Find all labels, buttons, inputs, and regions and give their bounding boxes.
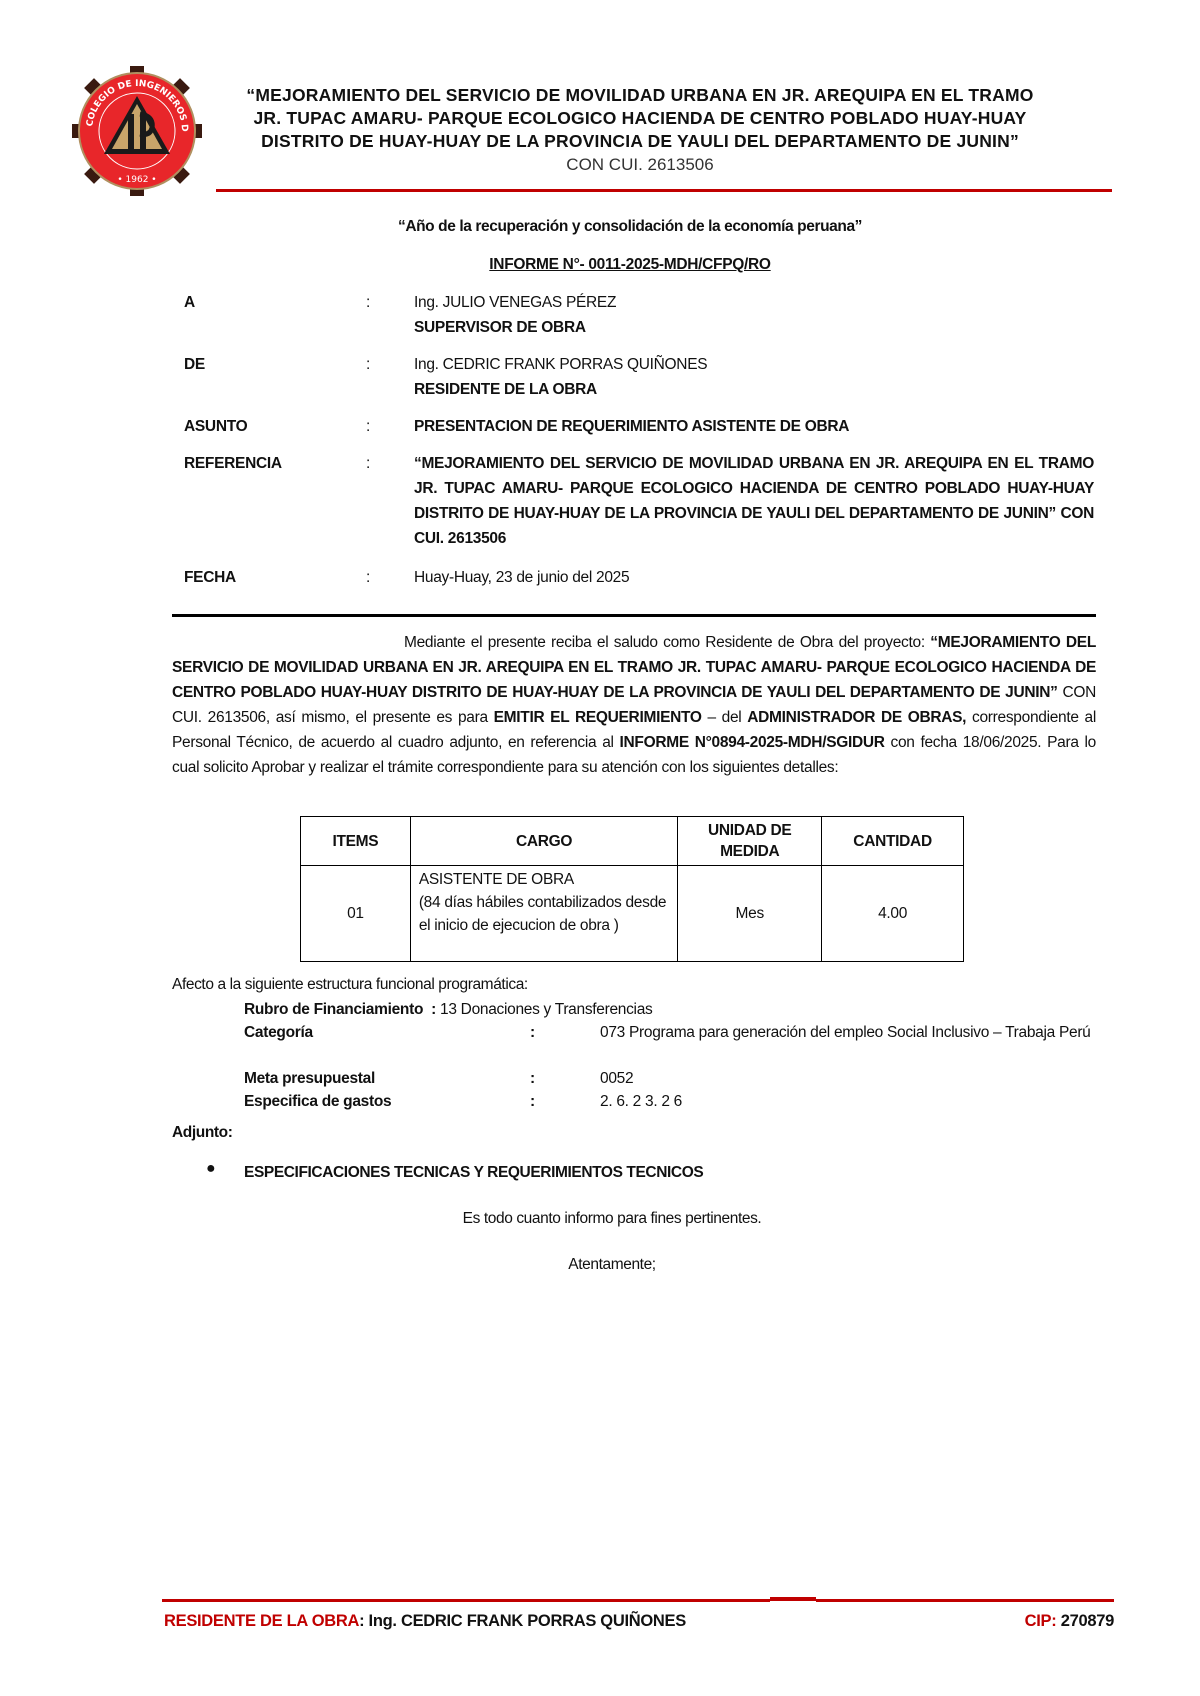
sender-role: RESIDENTE DE LA OBRA xyxy=(414,377,1094,402)
col-cargo: CARGO xyxy=(410,817,678,866)
header-divider xyxy=(216,189,1112,192)
cell-item: 01 xyxy=(301,866,411,962)
project-title-line-1: “MEJORAMIENTO DEL SERVICIO DE MOVILIDAD … xyxy=(190,84,1090,107)
sender-name: Ing. CEDRIC FRANK PORRAS QUIÑONES xyxy=(414,352,1094,377)
cell-unidad: Mes xyxy=(678,866,822,962)
body-text: Mediante el presente reciba el saludo co… xyxy=(404,634,925,651)
meta-presupuestal-colon: : xyxy=(530,1067,535,1090)
especifica-label: Especifica de gastos xyxy=(244,1090,391,1113)
project-title-line-2: JR. TUPAC AMARU- PARQUE ECOLOGICO HACIEN… xyxy=(190,107,1090,130)
cell-cargo: ASISTENTE DE OBRA (84 días hábiles conta… xyxy=(410,866,678,962)
footer-divider xyxy=(162,1599,770,1602)
especifica-value: 2. 6. 2 3. 2 6 xyxy=(600,1090,1094,1113)
date-value: Huay-Huay, 23 de junio del 2025 xyxy=(414,565,1094,590)
footer-divider xyxy=(816,1599,1114,1602)
rubro-label: Rubro de Financiamiento xyxy=(244,1001,423,1018)
project-cui: CON CUI. 2613506 xyxy=(190,155,1090,175)
especifica-colon: : xyxy=(530,1090,535,1113)
reference-value: “MEJORAMIENTO DEL SERVICIO DE MOVILIDAD … xyxy=(414,451,1094,551)
categoria-value: 073 Programa para generación del empleo … xyxy=(600,1021,1094,1044)
footer-role-label: RESIDENTE DE LA OBRA xyxy=(164,1612,359,1630)
body-referenced-informe: INFORME N°0894-2025-MDH/SGIDUR xyxy=(620,734,885,751)
cell-cantidad: 4.00 xyxy=(822,866,964,962)
col-items: ITEMS xyxy=(301,817,411,866)
body-emphasis: EMITIR EL REQUERIMIENTO xyxy=(494,709,702,726)
categoria-colon: : xyxy=(530,1021,535,1044)
meta-colon: : xyxy=(366,352,370,377)
meta-presupuestal-value: 0052 xyxy=(600,1067,1094,1090)
attachment-label: Adjunto: xyxy=(172,1124,233,1142)
body-divider xyxy=(172,614,1096,617)
col-unidad: UNIDAD DE MEDIDA xyxy=(678,817,822,866)
informe-number: INFORME N°- 0011-2025-MDH/CFPQ/RO xyxy=(160,256,1100,274)
body-paragraph: Mediante el presente reciba el saludo co… xyxy=(172,630,1096,780)
footer-cip-value: 270879 xyxy=(1056,1612,1114,1630)
footer-resident-name: : Ing. CEDRIC FRANK PORRAS QUIÑONES xyxy=(359,1612,686,1630)
funding-intro: Afecto a la siguiente estructura funcion… xyxy=(172,976,528,994)
meta-colon: : xyxy=(366,290,370,315)
cargo-title: ASISTENTE DE OBRA xyxy=(419,868,677,891)
footer-divider-accent xyxy=(770,1597,816,1601)
cip-logo-icon: COLEGIO DE INGENIEROS DEL PERU • 1962 • xyxy=(72,66,202,196)
requirement-table: ITEMS CARGO UNIDAD DE MEDIDA CANTIDAD 01… xyxy=(300,816,964,962)
meta-label-de: DE xyxy=(184,352,205,377)
categoria-label: Categoría xyxy=(244,1021,313,1044)
closing-line: Es todo cuanto informo para fines pertin… xyxy=(160,1210,1064,1228)
meta-label-a: A xyxy=(184,290,195,315)
footer-cip-label: CIP: xyxy=(1025,1612,1057,1630)
body-text: , así mismo, el presente es para xyxy=(266,709,494,726)
meta-label-asunto: ASUNTO xyxy=(184,414,247,439)
recipient-name: Ing. JULIO VENEGAS PÉREZ xyxy=(414,290,1094,315)
meta-label-referencia: REFERENCIA xyxy=(184,451,282,476)
svg-text:• 1962 •: • 1962 • xyxy=(117,175,156,185)
table-header-row: ITEMS CARGO UNIDAD DE MEDIDA CANTIDAD xyxy=(301,817,964,866)
table-row: 01 ASISTENTE DE OBRA (84 días hábiles co… xyxy=(301,866,964,962)
project-title-line-3: DISTRITO DE HUAY-HUAY DE LA PROVINCIA DE… xyxy=(190,130,1090,153)
meta-presupuestal-label: Meta presupuestal xyxy=(244,1067,375,1090)
body-emphasis: ADMINISTRADOR DE OBRAS, xyxy=(747,709,966,726)
rubro-value: 13 Donaciones y Transferencias xyxy=(440,1001,652,1018)
meta-label-fecha: FECHA xyxy=(184,565,236,590)
col-cantidad: CANTIDAD xyxy=(822,817,964,866)
body-text: – del xyxy=(702,709,748,726)
attachment-item: ESPECIFICACIONES TECNICAS Y REQUERIMIENT… xyxy=(244,1164,703,1182)
meta-colon: : xyxy=(366,414,370,439)
bullet-icon: ● xyxy=(206,1160,216,1178)
cargo-detail: (84 días hábiles contabilizados desde el… xyxy=(419,891,677,937)
project-title: “MEJORAMIENTO DEL SERVICIO DE MOVILIDAD … xyxy=(190,84,1090,153)
footer-resident: RESIDENTE DE LA OBRA: Ing. CEDRIC FRANK … xyxy=(164,1612,686,1631)
recipient-role: SUPERVISOR DE OBRA xyxy=(414,315,1094,340)
meta-colon: : xyxy=(366,451,370,476)
meta-colon: : xyxy=(366,565,370,590)
rubro-colon: : xyxy=(431,1001,436,1018)
subject-value: PRESENTACION DE REQUERIMIENTO ASISTENTE … xyxy=(414,414,1094,439)
year-motto: “Año de la recuperación y consolidación … xyxy=(160,218,1100,236)
footer-cip: CIP: 270879 xyxy=(1025,1612,1114,1631)
sign-off: Atentamente; xyxy=(160,1256,1064,1274)
